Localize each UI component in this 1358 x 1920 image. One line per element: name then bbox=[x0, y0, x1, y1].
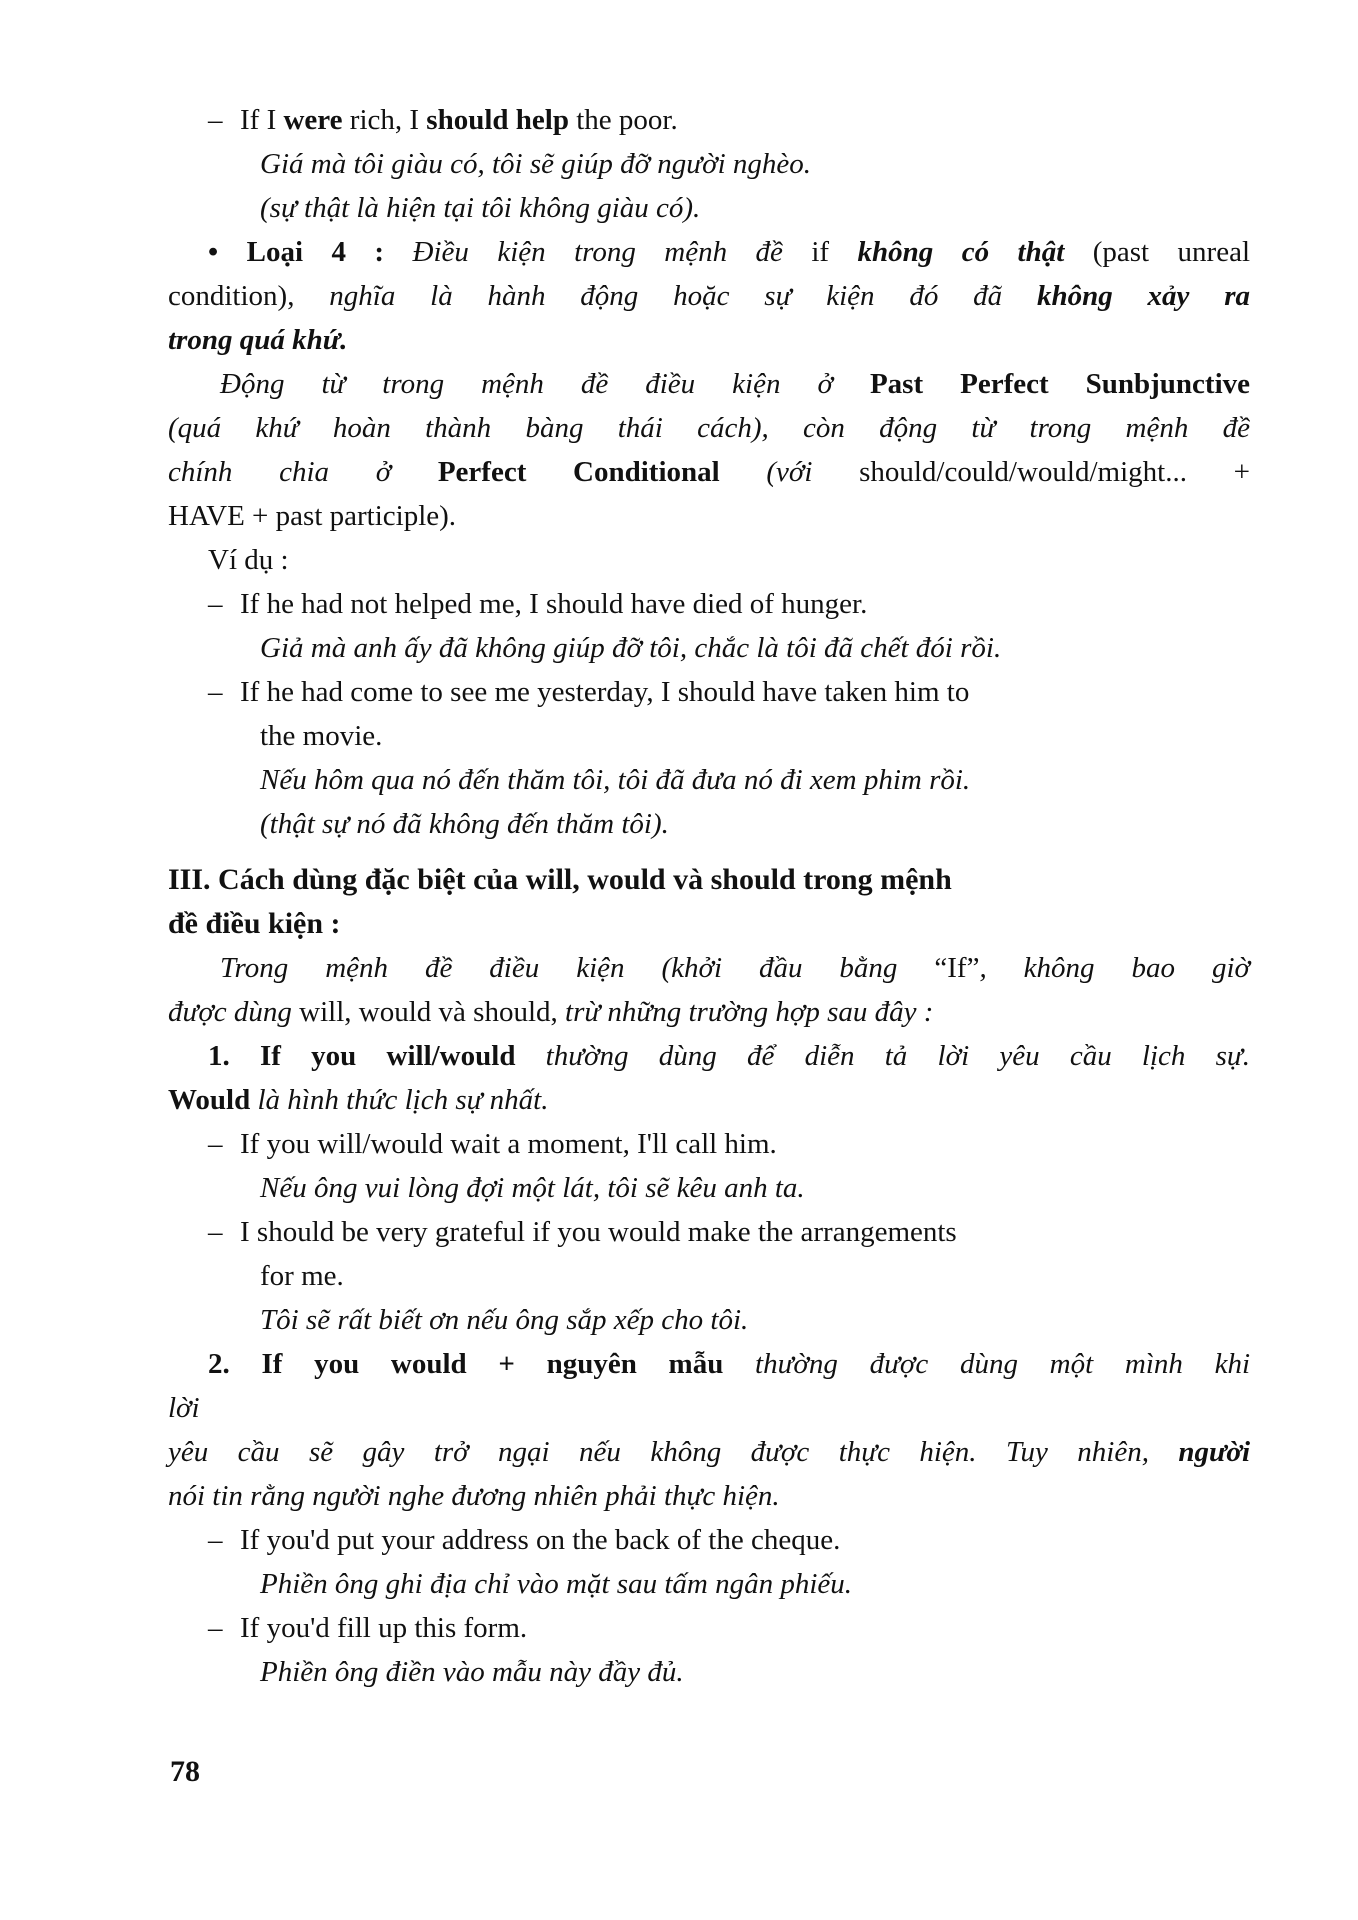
item2-heading-line2: lời bbox=[168, 1386, 1250, 1430]
item2-heading-line4: nói tin rằng người nghe đương nhiên phải… bbox=[168, 1474, 1250, 1518]
example-vietnamese: Giá mà tôi giàu có, tôi sẽ giúp đỡ người… bbox=[168, 142, 1250, 186]
type4-example-2-vietnamese: Nếu hôm qua nó đến thăm tôi, tôi đã đưa … bbox=[168, 758, 1250, 802]
item1-example-2-vietnamese: Tôi sẽ rất biết ơn nếu ông sắp xếp cho t… bbox=[168, 1298, 1250, 1342]
type4-example-2-note: (thật sự nó đã không đến thăm tôi). bbox=[168, 802, 1250, 846]
examples-label: Ví dụ : bbox=[168, 538, 1250, 582]
page-number: 78 bbox=[170, 1755, 200, 1789]
item2-example-2-english: –If you'd fill up this form. bbox=[168, 1606, 1250, 1650]
type4-example-2-english-cont: the movie. bbox=[168, 714, 1250, 758]
type4-paragraph-line3: chính chia ở Perfect Conditional (với sh… bbox=[168, 450, 1250, 494]
type4-paragraph-line2: (quá khứ hoàn thành bàng thái cách), còn… bbox=[168, 406, 1250, 450]
item1-example-2-english-cont: for me. bbox=[168, 1254, 1250, 1298]
item1-heading: 1. If you will/would thường dùng để diễn… bbox=[168, 1034, 1250, 1078]
item1-heading-line2: Would là hình thức lịch sự nhất. bbox=[168, 1078, 1250, 1122]
section-heading-line2: đề điều kiện : bbox=[168, 902, 1250, 946]
item1-example-1-vietnamese: Nếu ông vui lòng đợi một lát, tôi sẽ kêu… bbox=[168, 1166, 1250, 1210]
type4-example-1-english: –If he had not helped me, I should have … bbox=[168, 582, 1250, 626]
type4-example-1-vietnamese: Giả mà anh ấy đã không giúp đỡ tôi, chắc… bbox=[168, 626, 1250, 670]
type4-example-2-english: –If he had come to see me yesterday, I s… bbox=[168, 670, 1250, 714]
type4-definition-line1: • Loại 4 : Điều kiện trong mệnh đề if kh… bbox=[168, 230, 1250, 274]
section-intro-line1: Trong mệnh đề điều kiện (khởi đầu bằng “… bbox=[168, 946, 1250, 990]
type4-paragraph-line4: HAVE + past participle). bbox=[168, 494, 1250, 538]
example-note: (sự thật là hiện tại tôi không giàu có). bbox=[168, 186, 1250, 230]
section-intro-line2: được dùng will, would và should, trừ nhữ… bbox=[168, 990, 1250, 1034]
item1-example-2-english: –I should be very grateful if you would … bbox=[168, 1210, 1250, 1254]
section-heading-line1: III. Cách dùng đặc biệt của will, would … bbox=[168, 858, 1250, 902]
type4-definition-line3: trong quá khứ. bbox=[168, 318, 1250, 362]
type4-definition-line2: condition), nghĩa là hành động hoặc sự k… bbox=[168, 274, 1250, 318]
example-english: –If I were rich, I should help the poor. bbox=[168, 98, 1250, 142]
item1-example-1-english: –If you will/would wait a moment, I'll c… bbox=[168, 1122, 1250, 1166]
item2-example-1-vietnamese: Phiền ông ghi địa chỉ vào mặt sau tấm ng… bbox=[168, 1562, 1250, 1606]
item2-heading: 2. If you would + nguyên mẫu thường được… bbox=[168, 1342, 1250, 1386]
item2-example-1-english: –If you'd put your address on the back o… bbox=[168, 1518, 1250, 1562]
item2-heading-line3: yêu cầu sẽ gây trở ngại nếu không được t… bbox=[168, 1430, 1250, 1474]
book-page: –If I were rich, I should help the poor.… bbox=[168, 98, 1250, 1694]
item2-example-2-vietnamese: Phiền ông điền vào mẫu này đầy đủ. bbox=[168, 1650, 1250, 1694]
type4-paragraph-line1: Động từ trong mệnh đề điều kiện ở Past P… bbox=[168, 362, 1250, 406]
